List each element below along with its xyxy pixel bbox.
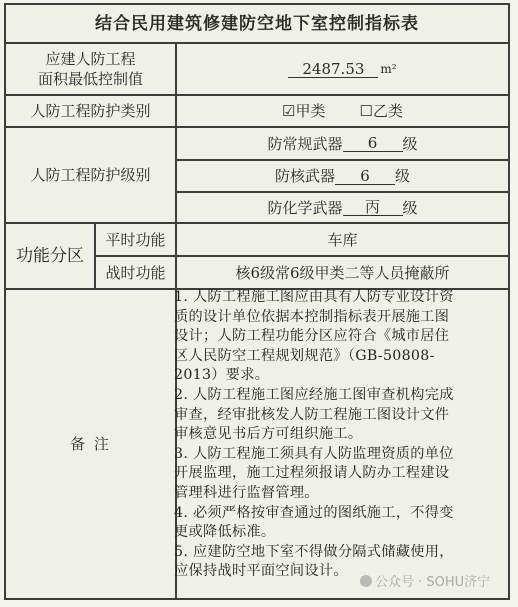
function-label: 功能分区 — [6, 224, 94, 288]
option-class-a[interactable]: ☑甲类 — [282, 101, 325, 121]
notes-content: 1. 人防工程施工图应由具有人防专业设计资 质的设计单位依据本控制指标表开展施工… — [174, 288, 500, 582]
level-label: 人防工程防护级别 — [6, 128, 175, 222]
note-line: 审查，经审批核发人防工程施工图设计文件 — [174, 406, 500, 426]
option-class-b-label: 乙类 — [373, 102, 403, 120]
checkbox-checked-icon[interactable]: ☑ — [282, 102, 295, 120]
area-label: 应建人防工程 面积最低控制值 — [6, 44, 175, 94]
note-line: 审核意见书后方可组织施工。 — [174, 425, 500, 445]
note-line: 设计；人防工程功能分区应符合《城市居住 — [174, 327, 500, 347]
level-suffix: 级 — [403, 198, 418, 218]
category-label: 人防工程防护类别 — [6, 96, 175, 126]
notes-label: 备 注 — [6, 290, 175, 598]
note-line: 2013）要求。 — [174, 366, 500, 386]
option-class-a-label: 甲类 — [295, 102, 325, 120]
note-line: 更或降低标准。 — [174, 523, 500, 543]
wartime-value: 核6级常6级甲类二等人员掩蔽所 — [177, 257, 508, 288]
peacetime-label: 平时功能 — [96, 224, 175, 255]
level-nuclear-value: 6 — [335, 168, 395, 185]
area-value-cell: 2487.53 m² — [177, 44, 508, 94]
level-suffix: 级 — [403, 134, 418, 154]
note-line: 开展监理，施工过程须报请人防办工程建设 — [174, 464, 500, 484]
option-class-b[interactable]: ☐乙类 — [360, 101, 403, 121]
area-label-line1: 应建人防工程 — [45, 49, 135, 69]
peacetime-value: 车库 — [177, 224, 508, 255]
note-line: 4. 必须严格按审查通过的图纸施工，不得变 — [174, 504, 500, 524]
wechat-icon — [360, 575, 372, 587]
area-unit: m² — [380, 59, 396, 79]
level-conventional-value: 6 — [343, 135, 403, 152]
level-chemical-value: 丙 — [343, 199, 403, 216]
level-conventional-label: 防常规武器 — [267, 134, 342, 154]
note-line: 质的设计单位依据本控制指标表开展施工图 — [174, 308, 500, 328]
area-label-line2: 面积最低控制值 — [38, 69, 143, 89]
wartime-label: 战时功能 — [96, 257, 175, 288]
note-line: 3. 人防工程施工须具有人防监理资质的单位 — [174, 445, 500, 465]
note-line: 管理科进行监督管理。 — [174, 484, 500, 504]
level-chemical-label: 防化学武器 — [267, 198, 342, 218]
area-value: 2487.53 — [288, 61, 378, 78]
note-line: 2. 人防工程施工图应经施工图审查机构完成 — [174, 386, 500, 406]
level-nuclear-label: 防核武器 — [275, 166, 335, 186]
note-line: 区人民防空工程规划规范》（GB-50808- — [174, 347, 500, 367]
checkbox-unchecked-icon[interactable]: ☐ — [360, 102, 373, 120]
note-line: 5. 应建防空地下室不得做分隔式储藏使用， — [174, 543, 500, 563]
level-conventional: 防常规武器 6 级 — [177, 128, 508, 159]
note-line: 1. 人防工程施工图应由具有人防专业设计资 — [174, 288, 500, 308]
level-nuclear: 防核武器 6 级 — [177, 161, 508, 191]
watermark: 公众号 · SOHU济宁 — [360, 571, 490, 590]
level-suffix: 级 — [395, 166, 410, 186]
level-chemical: 防化学武器 丙 级 — [177, 193, 508, 222]
category-options: ☑甲类 ☐乙类 — [177, 96, 508, 126]
table-title: 结合民用建筑修建防空地下室控制指标表 — [6, 5, 508, 42]
watermark-text: 公众号 · SOHU济宁 — [375, 575, 490, 590]
